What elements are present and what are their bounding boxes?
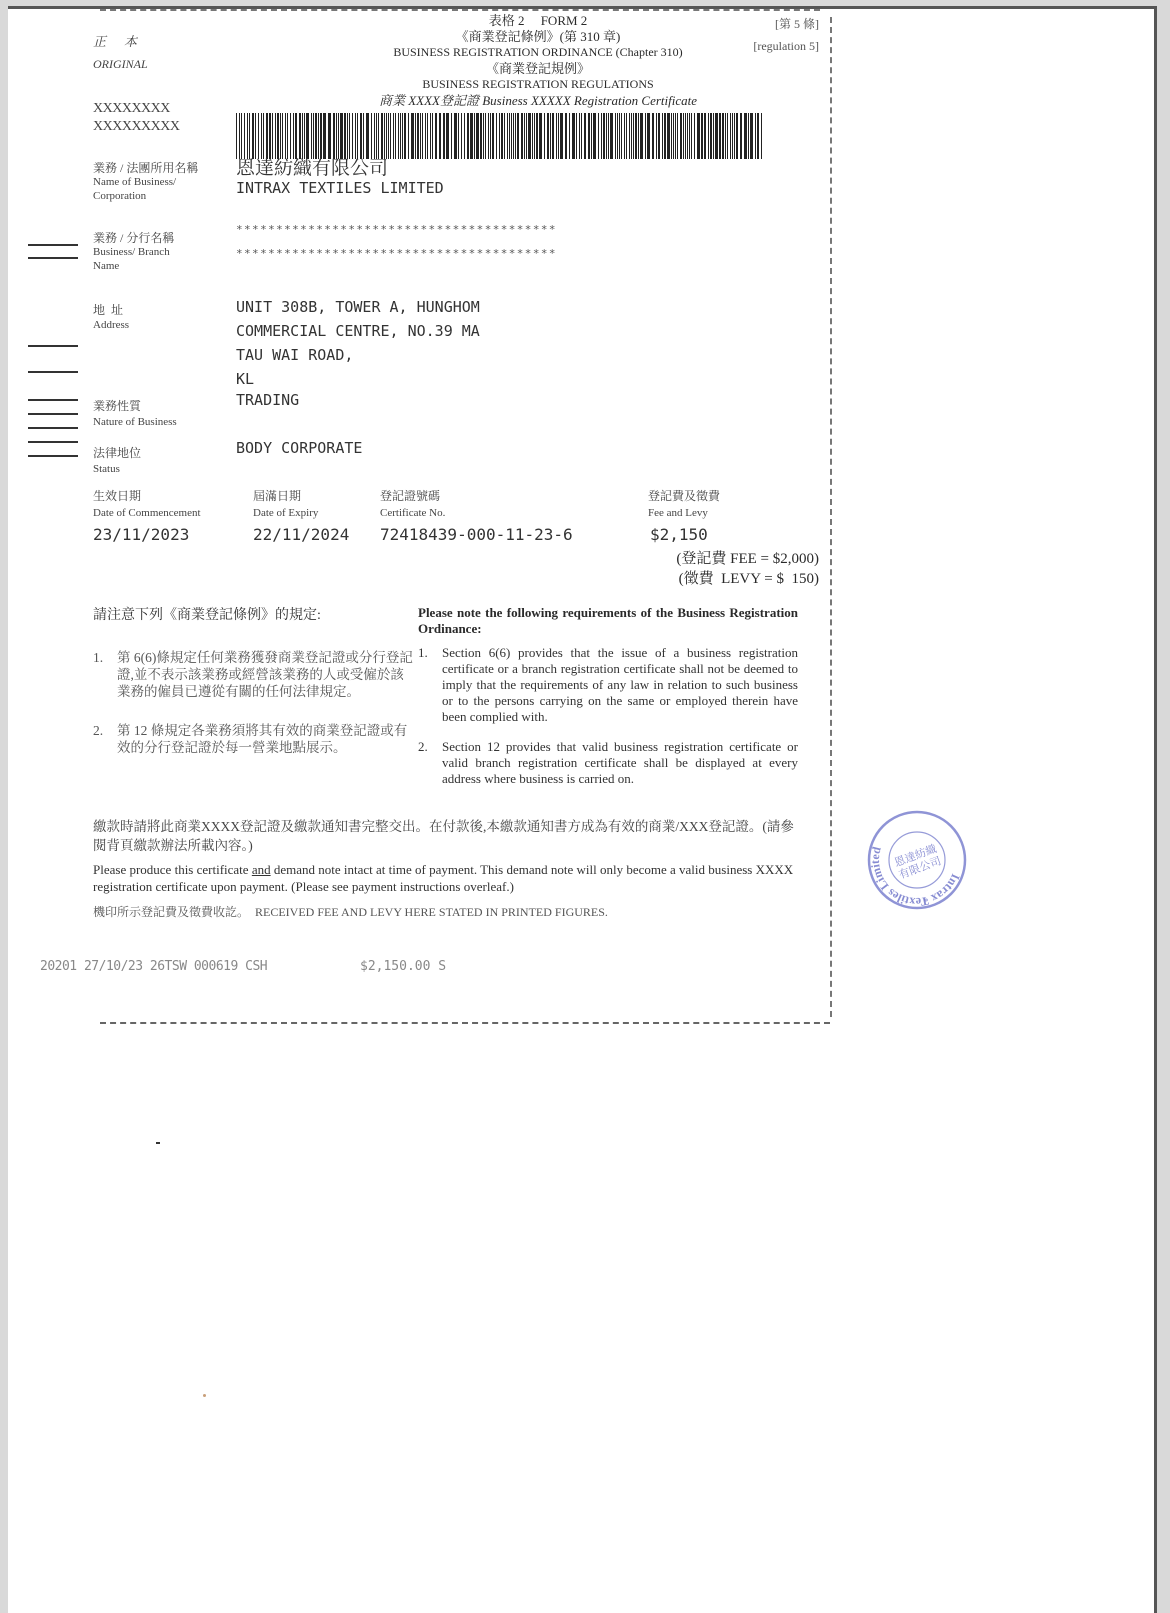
commencement-label-cn: 生效日期: [93, 487, 141, 504]
expiry-label-en: Date of Expiry: [253, 506, 318, 520]
original-label-cn: 正本: [93, 31, 155, 50]
note-number: 1.: [93, 649, 117, 700]
certificate-no-label-cn: 登記證號碼: [380, 487, 440, 504]
note-text: Section 12 provides that valid business …: [442, 739, 798, 787]
margin-rule: [28, 257, 78, 259]
payment-instruction-cn: 繳款時請將此商業XXXX登記證及繳款通知書完整交出。在付款後,本繳款通知書方成為…: [93, 817, 803, 855]
redacted-code-2: XXXXXXXXX: [93, 119, 180, 135]
scan-speck: [156, 1142, 160, 1144]
status-label-en: Status: [93, 462, 120, 476]
scanned-page: 正本 ORIGINAL XXXXXXXX XXXXXXXXX 表格 2 FORM…: [8, 6, 1157, 1613]
regulation-en: [regulation 5]: [753, 37, 819, 55]
nature-value: TRADING: [236, 391, 299, 409]
note-item: 1.第 6(6)條規定任何業務獲發商業登記證或分行登記證,並不表示該業務或經營該…: [93, 649, 413, 700]
regulations-en: BUSINESS REGISTRATION REGULATIONS: [328, 77, 748, 92]
margin-rule: [28, 399, 78, 401]
note-number: 2.: [418, 739, 442, 787]
fee-label-cn: 登記費及徵費: [648, 487, 720, 504]
received-statement: 機印所示登記費及徵費收訖。 RECEIVED FEE AND LEVY HERE…: [93, 903, 608, 920]
note-number: 2.: [93, 722, 117, 756]
note-number: 1.: [418, 645, 442, 725]
note-text: Section 6(6) provides that the issue of …: [442, 645, 798, 725]
levy-breakdown: (徵費 LEVY = $ 150): [679, 567, 819, 588]
address-label-en: Address: [93, 318, 129, 332]
notes-heading-en: Please note the following requirements o…: [418, 605, 798, 637]
ordinance-cn: 《商業登記條例》(第 310 章): [328, 29, 748, 44]
expiry-label-cn: 屆滿日期: [253, 487, 301, 504]
branch-name-line-2: ****************************************: [236, 247, 557, 260]
certificate-title: 商業 XXXX登記證 Business XXXXX Registration C…: [328, 93, 748, 108]
commencement-value: 23/11/2023: [93, 525, 189, 544]
address-line: TAU WAI ROAD,: [236, 343, 480, 367]
fee-total: $2,150: [650, 525, 708, 544]
business-name-label-en: Name of Business/ Corporation: [93, 175, 203, 203]
address-label-cn: 地址: [93, 301, 129, 318]
regulations-cn: 《商業登記規例》: [328, 61, 748, 76]
address-line: KL: [236, 367, 480, 391]
expiry-value: 22/11/2024: [253, 525, 349, 544]
notes-heading-cn: 請注意下列《商業登記條例》的規定:: [93, 607, 321, 624]
branch-name-line-1: ****************************************: [236, 223, 557, 236]
redacted-code-1: XXXXXXXX: [93, 101, 170, 117]
status-value: BODY CORPORATE: [236, 439, 362, 457]
address-line: UNIT 308B, TOWER A, HUNGHOM: [236, 295, 480, 319]
certificate-no-label-en: Certificate No.: [380, 506, 445, 520]
notes-list-cn: 1.第 6(6)條規定任何業務獲發商業登記證或分行登記證,並不表示該業務或經營該…: [93, 649, 413, 778]
margin-rule: [28, 371, 78, 373]
address-line: COMMERCIAL CENTRE, NO.39 MA: [236, 319, 480, 343]
nature-label-cn: 業務性質: [93, 397, 141, 414]
certificate-no-value: 72418439-000-11-23-6: [380, 525, 573, 544]
ordinance-en: BUSINESS REGISTRATION ORDINANCE (Chapter…: [328, 45, 748, 60]
cut-line-right: [830, 17, 832, 1017]
nature-label-en: Nature of Business: [93, 415, 177, 429]
fee-breakdown: (登記費 FEE = $2,000): [676, 547, 819, 568]
note-text: 第 6(6)條規定任何業務獲發商業登記證或分行登記證,並不表示該業務或經營該業務…: [117, 649, 413, 700]
margin-rule: [28, 427, 78, 429]
margin-rule: [28, 345, 78, 347]
business-name-en: INTRAX TEXTILES LIMITED: [236, 179, 444, 197]
regulation-cn: [第 5 條]: [775, 15, 819, 33]
status-label-cn: 法律地位: [93, 444, 141, 461]
scan-speck: [203, 1394, 206, 1397]
machine-print-receipt: 20201 27/10/23 26TSW 000619 CSH: [40, 959, 267, 974]
branch-name-label-cn: 業務 / 分行名稱: [93, 229, 174, 246]
note-text: 第 12 條規定各業務須將其有效的商業登記證或有效的分行登記證於每一營業地點展示…: [117, 722, 413, 756]
machine-print-amount: $2,150.00 S: [360, 959, 446, 974]
margin-rule: [28, 413, 78, 415]
margin-rule: [28, 455, 78, 457]
note-item: 2.Section 12 provides that valid busines…: [418, 739, 798, 787]
note-item: 2.第 12 條規定各業務須將其有效的商業登記證或有效的分行登記證於每一營業地點…: [93, 722, 413, 756]
address-value: UNIT 308B, TOWER A, HUNGHOMCOMMERCIAL CE…: [236, 295, 480, 391]
commencement-label-en: Date of Commencement: [93, 506, 201, 520]
payment-instruction-en: Please produce this certificate and dema…: [93, 861, 803, 895]
notes-list-en: 1.Section 6(6) provides that the issue o…: [418, 645, 798, 801]
form-number: 表格 2 FORM 2: [328, 13, 748, 28]
svg-text:*: *: [924, 897, 929, 908]
original-label-en: ORIGINAL: [93, 57, 148, 72]
cut-line-bottom: [100, 1022, 830, 1024]
branch-name-label-en: Business/ Branch Name: [93, 245, 183, 273]
company-chop-stamp: Intrax Textiles Limited恩達紡織有限公司*: [866, 809, 968, 911]
fee-label-en: Fee and Levy: [648, 506, 708, 520]
business-name-cn: 恩達紡織有限公司: [236, 153, 388, 180]
margin-rule: [28, 244, 78, 246]
cut-line-top: [100, 9, 820, 11]
business-name-label-cn: 業務 / 法團所用名稱: [93, 159, 198, 176]
margin-rule: [28, 441, 78, 443]
note-item: 1.Section 6(6) provides that the issue o…: [418, 645, 798, 725]
